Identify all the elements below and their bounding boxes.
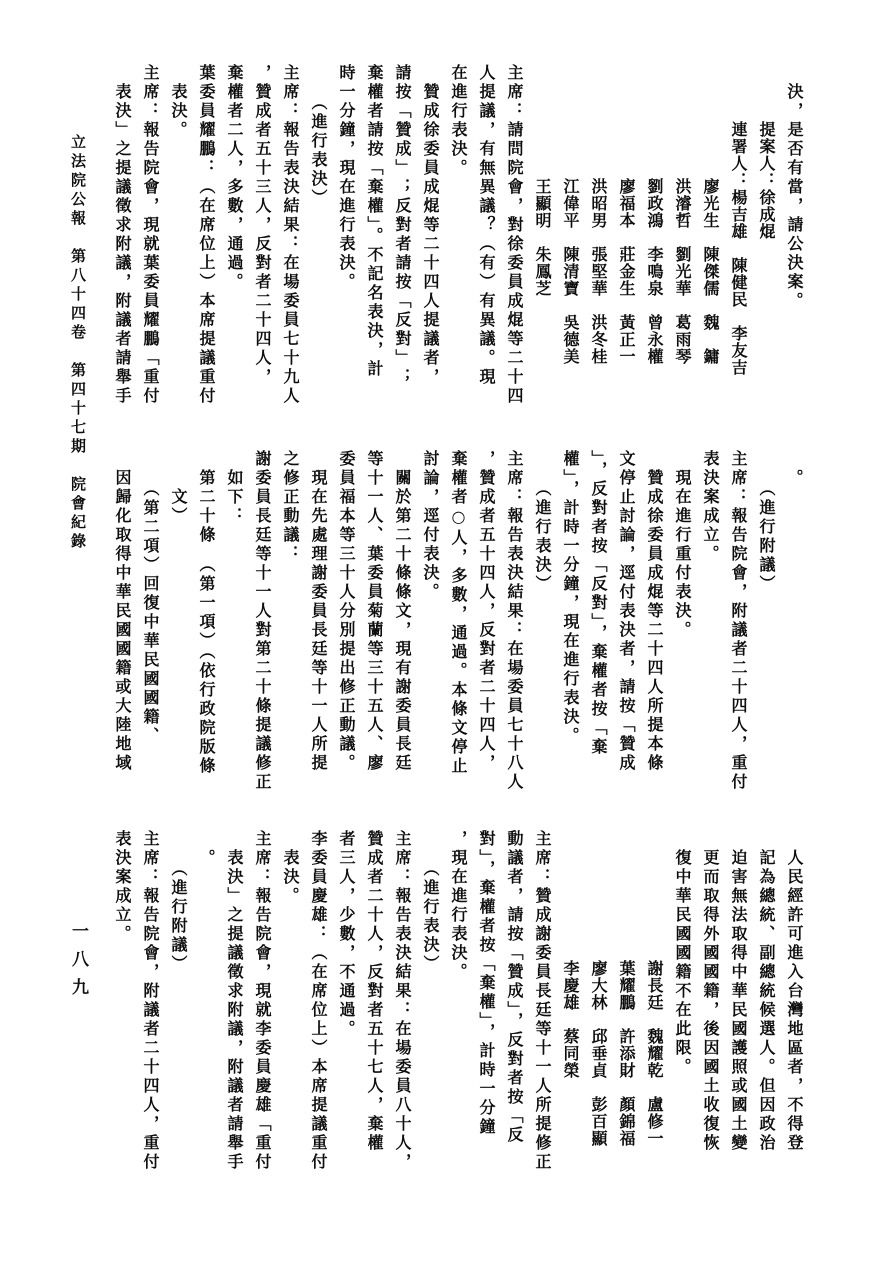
text-column: 第二十條 （第一項）（依行政院版條 <box>192 450 220 806</box>
text-column: 贊成者二十人，反對者五十七人，棄權 <box>360 830 388 1186</box>
text-column: 主席：報告院會，現就李委員慶雄「重付 <box>248 830 276 1186</box>
text-column: （進行附議） <box>752 450 780 806</box>
text-column: 決，是否有當，請公決案。 <box>780 64 808 420</box>
text-column: 委員福本等三十人分別提出修正動議。 <box>332 450 360 806</box>
text-column: （進行表決） <box>416 830 444 1186</box>
text-column: 主席：報告院會，附議者二十四人，重付 <box>724 450 752 806</box>
text-tier-middle: 。 （進行附議）主席：報告院會，附議者二十四人，重付表決案成立。 現在進行重付表… <box>108 450 808 806</box>
text-column: 對」，棄權者按「棄權」，計時一分鐘 <box>472 830 500 1186</box>
text-column: （進行附議） <box>164 830 192 1186</box>
text-column: 」，反對者按「反對」，棄權者按「棄 <box>584 450 612 806</box>
text-column: 謝委員長廷等十一人對第二十條提議修正 <box>248 450 276 806</box>
text-column: 。 <box>780 450 808 806</box>
text-column: ，現在進行表決。 <box>444 830 472 1186</box>
text-column: 廖光生 陳傑儒 魏 鏞 <box>696 64 724 420</box>
text-column: 連署人：楊吉雄 陳健民 李友吉 <box>724 64 752 420</box>
text-column: 棄權者二人，多數，通過。 <box>220 64 248 420</box>
text-column: （進行表決） <box>528 450 556 806</box>
text-column: 在進行表決。 <box>444 64 472 420</box>
text-tier-bottom: 人民經許可進入台灣地區者，不得登 記為總統、副總統候選人。但因政治 迫害無法取得… <box>108 830 808 1186</box>
text-column: 。 <box>192 830 220 1186</box>
text-column: 表決」之提議徵求附議，附議者請舉手 <box>220 830 248 1186</box>
text-column: 廖福本 莊金生 黃正一 <box>612 64 640 420</box>
text-column: 權」，計時一分鐘，現在進行表決。 <box>556 450 584 806</box>
text-column: 關於第二十條條文，現有謝委員長廷 <box>388 450 416 806</box>
text-column: 者三人，少數，不通過。 <box>332 830 360 1186</box>
text-column: 葉委員耀鵬：（在席位上）本席提議重付 <box>192 64 220 420</box>
text-column: 如下： <box>220 450 248 806</box>
text-column: 表決。 <box>164 64 192 420</box>
text-column: 表決」之提議徵求附議，附議者請舉手 <box>108 64 136 420</box>
text-column: 主席：報告表決結果：在場委員七十八人 <box>500 450 528 806</box>
text-column: 主席：報告表決結果：在場委員七十九人 <box>276 64 304 420</box>
text-column: 因歸化取得中華民國國籍或大陸地域 <box>108 450 136 806</box>
text-column: 表決案成立。 <box>108 830 136 1186</box>
text-column: 棄權者請按「棄權」。不記名表決，計 <box>360 64 388 420</box>
text-column: 棄權者○人，多數，通過。本條文停止 <box>444 450 472 806</box>
text-column: 動議者，請按「贊成」，反對者按「反 <box>500 830 528 1186</box>
text-column: 迫害無法取得中華民國護照或國土變 <box>724 830 752 1186</box>
text-column: 廖大林 邱垂貞 彭百顯 <box>584 830 612 1186</box>
text-column: ，贊成者五十三人，反對者二十四人， <box>248 64 276 420</box>
text-column: 王顯明 朱鳳芝 <box>528 64 556 420</box>
text-column: 贊成徐委員成焜等二十四人所提本條 <box>640 450 668 806</box>
text-column: 主席：贊成謝委員長廷等十一人所提修正 <box>528 830 556 1186</box>
text-column: 主席：報告院會，現就葉委員耀鵬「重付 <box>136 64 164 420</box>
text-column: （進行表決） <box>304 64 332 420</box>
text-column: 現在先處理謝委員長廷等十一人所提 <box>304 450 332 806</box>
text-column: 時一分鐘，現在進行表決。 <box>332 64 360 420</box>
text-column: 現在進行重付表決。 <box>668 450 696 806</box>
text-column: 李慶雄 蔡同榮 <box>556 830 584 1186</box>
text-column: 更而取得外國國籍，後因國土收復恢 <box>696 830 724 1186</box>
text-column: 人提議，有無異議？（有）有異議。現 <box>472 64 500 420</box>
text-column: 贊成徐委員成焜等二十四人提議者， <box>416 64 444 420</box>
text-column: 文） <box>164 450 192 806</box>
text-column: 李委員慶雄：（在席位上）本席提議重付 <box>304 830 332 1186</box>
text-column: 提案人：徐成焜 <box>752 64 780 420</box>
text-column: 之修正動議： <box>276 450 304 806</box>
text-column: 洪昭男 張堅華 洪冬桂 <box>584 64 612 420</box>
text-column: 劉政鴻 李鳴泉 曾永權 <box>640 64 668 420</box>
text-column: 等十一人、葉委員菊蘭等三十五人、廖 <box>360 450 388 806</box>
text-column: 主席：報告表決結果：在場委員八十人， <box>388 830 416 1186</box>
text-column: 請按「贊成」；反對者請按「反對」； <box>388 64 416 420</box>
text-column: 文停止討論，逕付表決者，請按「贊成 <box>612 450 640 806</box>
page-number: 一八九 <box>66 922 91 1006</box>
text-column: 記為總統、副總統候選人。但因政治 <box>752 830 780 1186</box>
text-column: 謝長廷 魏耀乾 盧修一 <box>640 830 668 1186</box>
text-column: 表決案成立。 <box>696 450 724 806</box>
text-column: 江偉平 陳清寶 吳德美 <box>556 64 584 420</box>
text-column: 主席：請問院會，對徐委員成焜等二十四 <box>500 64 528 420</box>
text-column: 洪濬哲 劉光華 葛雨琴 <box>668 64 696 420</box>
text-column: ，贊成者五十四人，反對者二十四人， <box>472 450 500 806</box>
text-column: 表決。 <box>276 830 304 1186</box>
text-column: 討論，逕付表決。 <box>416 450 444 806</box>
text-column: 復中華民國國籍不在此限。 <box>668 830 696 1186</box>
gazette-page: 立法院公報 第八十四卷 第四十七期 院會紀錄 一八九 決，是否有當，請公決案。提… <box>0 0 878 1280</box>
text-column: 主席：報告院會，附議者二十四人，重付 <box>136 830 164 1186</box>
text-column: 葉耀鵬 許添財 顏錦福 <box>612 830 640 1186</box>
text-column: 人民經許可進入台灣地區者，不得登 <box>780 830 808 1186</box>
text-column: （第二項）回復中華民國國籍、 <box>136 450 164 806</box>
text-tier-top: 決，是否有當，請公決案。提案人：徐成焜連署人：楊吉雄 陳健民 李友吉廖光生 陳傑… <box>108 64 808 420</box>
margin-publication-caption: 立法院公報 第八十四卷 第四十七期 院會紀錄 <box>68 134 89 552</box>
